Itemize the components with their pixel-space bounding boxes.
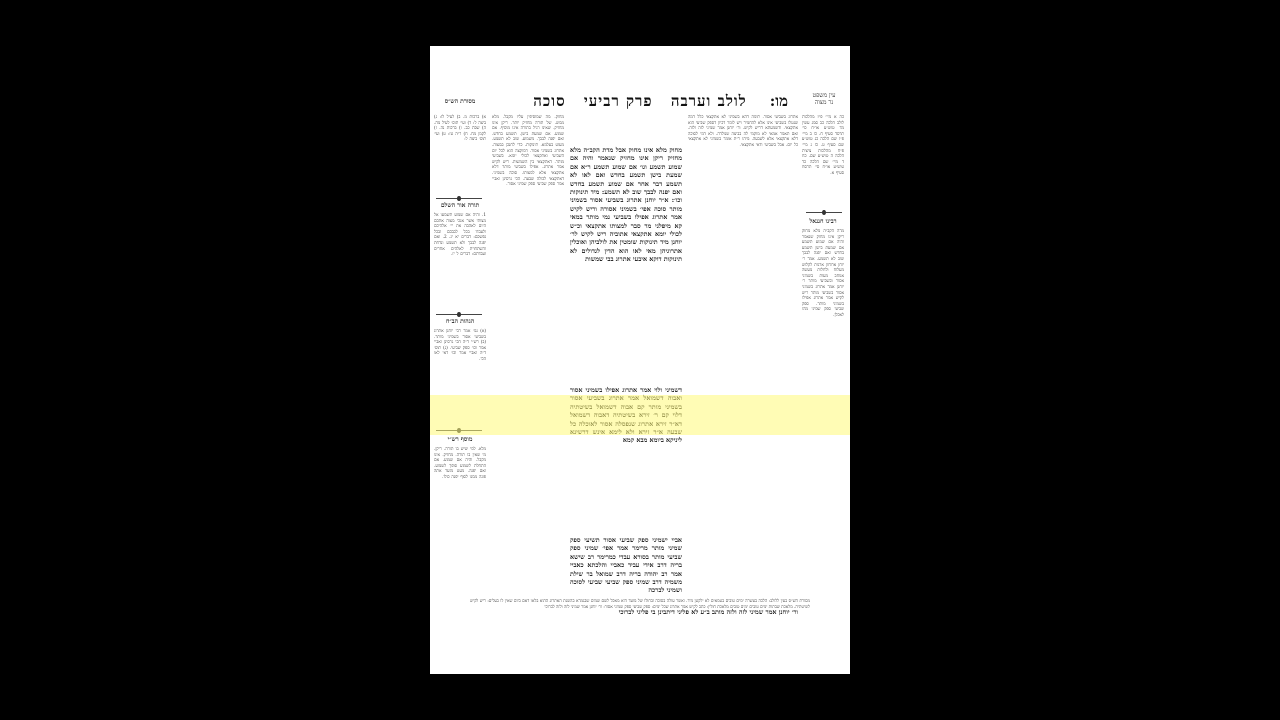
hagahot-text: (א) גמ׳ אמר רבי יוחנן אתרוג בשביעי אסור … xyxy=(434,328,486,426)
torah-or-title: תורה אור השלם xyxy=(434,202,486,209)
section-divider xyxy=(436,198,482,199)
ein-mishpat-text: כה א מיי׳ פ״ז מהלכות לולב הלכה כב סמג עש… xyxy=(802,114,844,204)
rabbeinu-chananel-text: מרה הקב״ה מלא מחוק ריקן אינו מחוק שנאמר … xyxy=(802,228,844,608)
mosaf-rashi-title: מוסף רש״י xyxy=(434,436,486,443)
section-divider xyxy=(436,430,482,431)
gemara-lower: אביי ישמיני ספק שביעי אסור תשיעי ספק שמי… xyxy=(570,536,682,606)
masoret-hashas-text: א) ברכות מ. ב) לעיל לז: ג) ביצה ל: ד) וע… xyxy=(434,114,486,194)
running-head: לולב וערבה פרק רביעי סוכה xyxy=(430,92,850,111)
rashi-column: מחוק. מה שמוסיפין עליו מקבל. מלא ממש. של… xyxy=(492,114,564,664)
torah-or-text: 1. והיה אם שמוע תשמעו אל מצותי אשר אנכי … xyxy=(434,212,486,307)
gemara-upper: מחוק מלא אינו מחוק אבל מדת הקב״ה מלא מחז… xyxy=(570,146,682,386)
chapter-number: פרק רביעי xyxy=(584,92,653,110)
masoret-hashas-title: מסורת הש״ס xyxy=(434,98,486,105)
ein-mishpat-title-line2: נר מצוה xyxy=(806,99,842,106)
tractate-name: סוכה xyxy=(533,92,565,110)
gemara-closing: ור׳ יוחנן אמר שמיני לזה ולזה מותב ב״ע לא… xyxy=(570,608,798,630)
gemara-middle: דשמיני ולוי אמר אתרוג אפילו בשמיני אסור … xyxy=(570,386,682,536)
ein-mishpat-title: עין משפט נר מצוה xyxy=(806,92,842,106)
bottom-notes: מסורת הש״ס בעין ללולב: הלכה בעשרה ימים ט… xyxy=(470,598,810,610)
section-divider xyxy=(806,212,842,213)
chapter-title: לולב וערבה xyxy=(671,92,747,110)
hagahot-title: הגהות הב״ח xyxy=(434,318,486,325)
tosafot-column: אתרוג בשביעי אסור. תימה דהא בשמיני לא את… xyxy=(688,114,798,598)
ein-mishpat-title-line1: עין משפט xyxy=(806,92,842,99)
rabbeinu-chananel-title: רבינו חננאל xyxy=(802,218,844,225)
mosaf-rashi-text: מלא. למי שיש בו תורה. ריקן. מי שאין בו ת… xyxy=(434,446,486,546)
section-divider xyxy=(436,314,482,315)
talmud-page: מו: לולב וערבה פרק רביעי סוכה עין משפט נ… xyxy=(430,46,850,674)
